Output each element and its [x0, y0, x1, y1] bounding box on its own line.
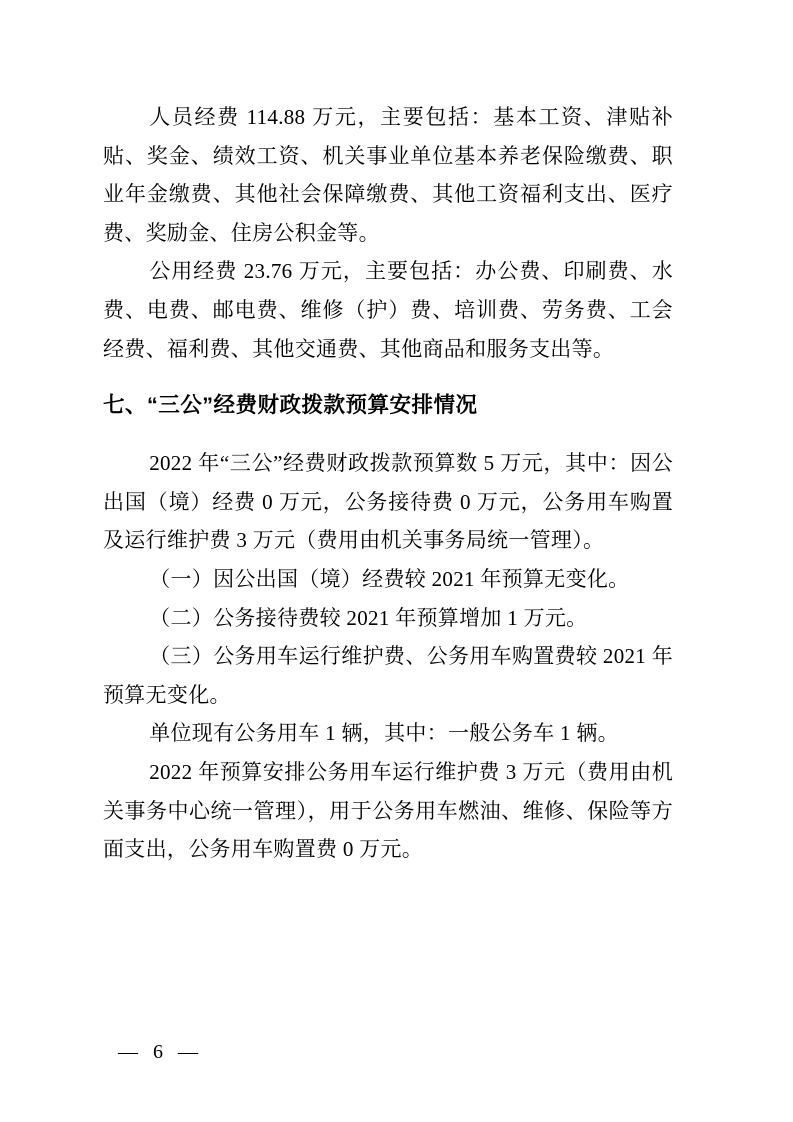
paragraph-vehicle-maintenance-budget: 2022 年预算安排公务用车运行维护费 3 万元（费用由机关事务中心统一管理），…	[103, 753, 673, 869]
page-number: — 6 —	[118, 1041, 199, 1063]
paragraph-item-2-official-reception: （二）公务接待费较 2021 年预算增加 1 万元。	[103, 599, 673, 638]
paragraph-item-1-overseas-trips: （一）因公出国（境）经费较 2021 年预算无变化。	[103, 560, 673, 599]
section-heading-three-public-funds: 七、“三公”经费财政拨款预算安排情况	[103, 390, 673, 420]
paragraph-item-3-vehicle-costs: （三）公务用车运行维护费、公务用车购置费较 2021 年预算无变化。	[103, 637, 673, 714]
page-footer: — 6 —	[118, 1038, 199, 1066]
document-page: 人员经费 114.88 万元，主要包括：基本工资、津贴补贴、奖金、绩效工资、机关…	[0, 0, 793, 1122]
paragraph-public-expenses: 公用经费 23.76 万元，主要包括：办公费、印刷费、水费、电费、邮电费、维修（…	[103, 252, 673, 368]
paragraph-personnel-expenses: 人员经费 114.88 万元，主要包括：基本工资、津贴补贴、奖金、绩效工资、机关…	[103, 98, 673, 252]
paragraph-vehicle-count: 单位现有公务用车 1 辆，其中：一般公务车 1 辆。	[103, 714, 673, 753]
document-body: 人员经费 114.88 万元，主要包括：基本工资、津贴补贴、奖金、绩效工资、机关…	[103, 98, 673, 869]
paragraph-2022-budget-overview: 2022 年“三公”经费财政拨款预算数 5 万元，其中：因公出国（境）经费 0 …	[103, 444, 673, 560]
